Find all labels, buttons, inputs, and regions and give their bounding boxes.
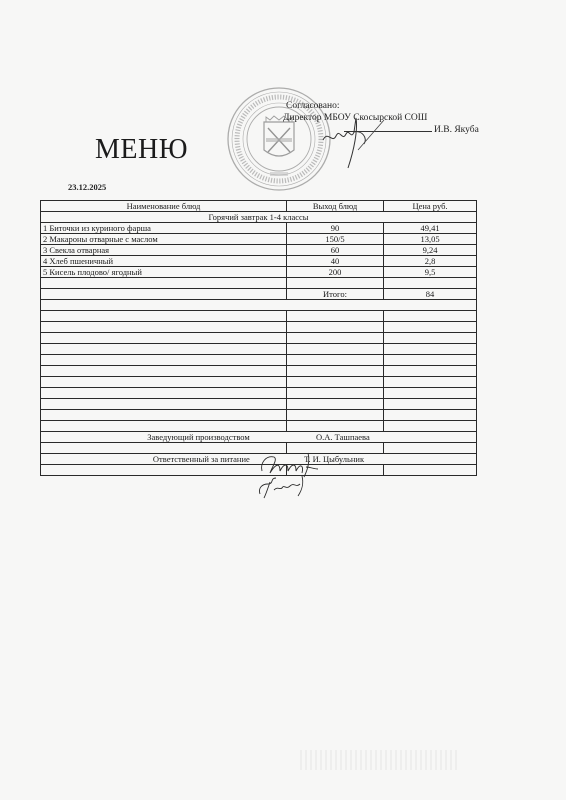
header-dish-name: Наименование блюд xyxy=(41,201,287,212)
dish-name: 5 Кисель плодово/ ягодный xyxy=(41,267,287,278)
dish-yield: 150/5 xyxy=(287,234,384,245)
category-label: Горячий завтрак 1-4 классы xyxy=(41,212,477,223)
dish-name: 3 Свекла отварная xyxy=(41,245,287,256)
empty-row xyxy=(41,410,477,421)
table-row: 3 Свекла отварная 60 9,24 xyxy=(41,245,477,256)
production-head-row: Заведующий производством О.А. Ташпаева xyxy=(41,432,477,443)
dish-yield: 90 xyxy=(287,223,384,234)
empty-row xyxy=(41,388,477,399)
empty-row xyxy=(41,355,477,366)
page-title: МЕНЮ xyxy=(95,134,188,166)
empty-row xyxy=(41,311,477,322)
menu-date: 23.12.2025 xyxy=(68,182,106,192)
empty-row xyxy=(41,399,477,410)
total-row: Итого: 84 xyxy=(41,289,477,300)
total-value: 84 xyxy=(384,289,477,300)
dish-price: 2,8 xyxy=(384,256,477,267)
table-row: 5 Кисель плодово/ ягодный 200 9,5 xyxy=(41,267,477,278)
empty-row xyxy=(41,278,477,289)
empty-row xyxy=(41,322,477,333)
dish-price: 9,24 xyxy=(384,245,477,256)
empty-row xyxy=(41,333,477,344)
dish-name: 1 Биточки из куриного фарша xyxy=(41,223,287,234)
dish-yield: 40 xyxy=(287,256,384,267)
empty-row xyxy=(41,300,477,311)
dish-name: 4 Хлеб пшеничный xyxy=(41,256,287,267)
empty-row xyxy=(41,377,477,388)
empty-row xyxy=(41,344,477,355)
director-signature-icon xyxy=(318,110,388,172)
production-head-name: О.А. Ташпаева xyxy=(316,432,370,442)
dish-price: 9,5 xyxy=(384,267,477,278)
table-row: 4 Хлеб пшеничный 40 2,8 xyxy=(41,256,477,267)
empty-row xyxy=(41,366,477,377)
scan-bleed-through xyxy=(300,750,460,770)
dish-yield: 200 xyxy=(287,267,384,278)
production-head-label: Заведующий производством xyxy=(147,432,250,442)
nutrition-responsible-signature-icon xyxy=(256,474,314,500)
header-yield: Выход блюд xyxy=(287,201,384,212)
dish-price: 13,05 xyxy=(384,234,477,245)
nutrition-responsible-label: Ответственный за питание xyxy=(153,454,250,464)
table-row: 2 Макароны отварные с маслом 150/5 13,05 xyxy=(41,234,477,245)
dish-name: 2 Макароны отварные с маслом xyxy=(41,234,287,245)
table-header-row: Наименование блюд Выход блюд Цена руб. xyxy=(41,201,477,212)
category-row: Горячий завтрак 1-4 классы xyxy=(41,212,477,223)
header-price: Цена руб. xyxy=(384,201,477,212)
approval-signer-name: И.В. Якуба xyxy=(434,125,479,135)
table-row: 1 Биточки из куриного фарша 90 49,41 xyxy=(41,223,477,234)
menu-table: Наименование блюд Выход блюд Цена руб. Г… xyxy=(40,200,477,476)
empty-row xyxy=(41,421,477,432)
dish-price: 49,41 xyxy=(384,223,477,234)
total-label: Итого: xyxy=(287,289,384,300)
dish-yield: 60 xyxy=(287,245,384,256)
